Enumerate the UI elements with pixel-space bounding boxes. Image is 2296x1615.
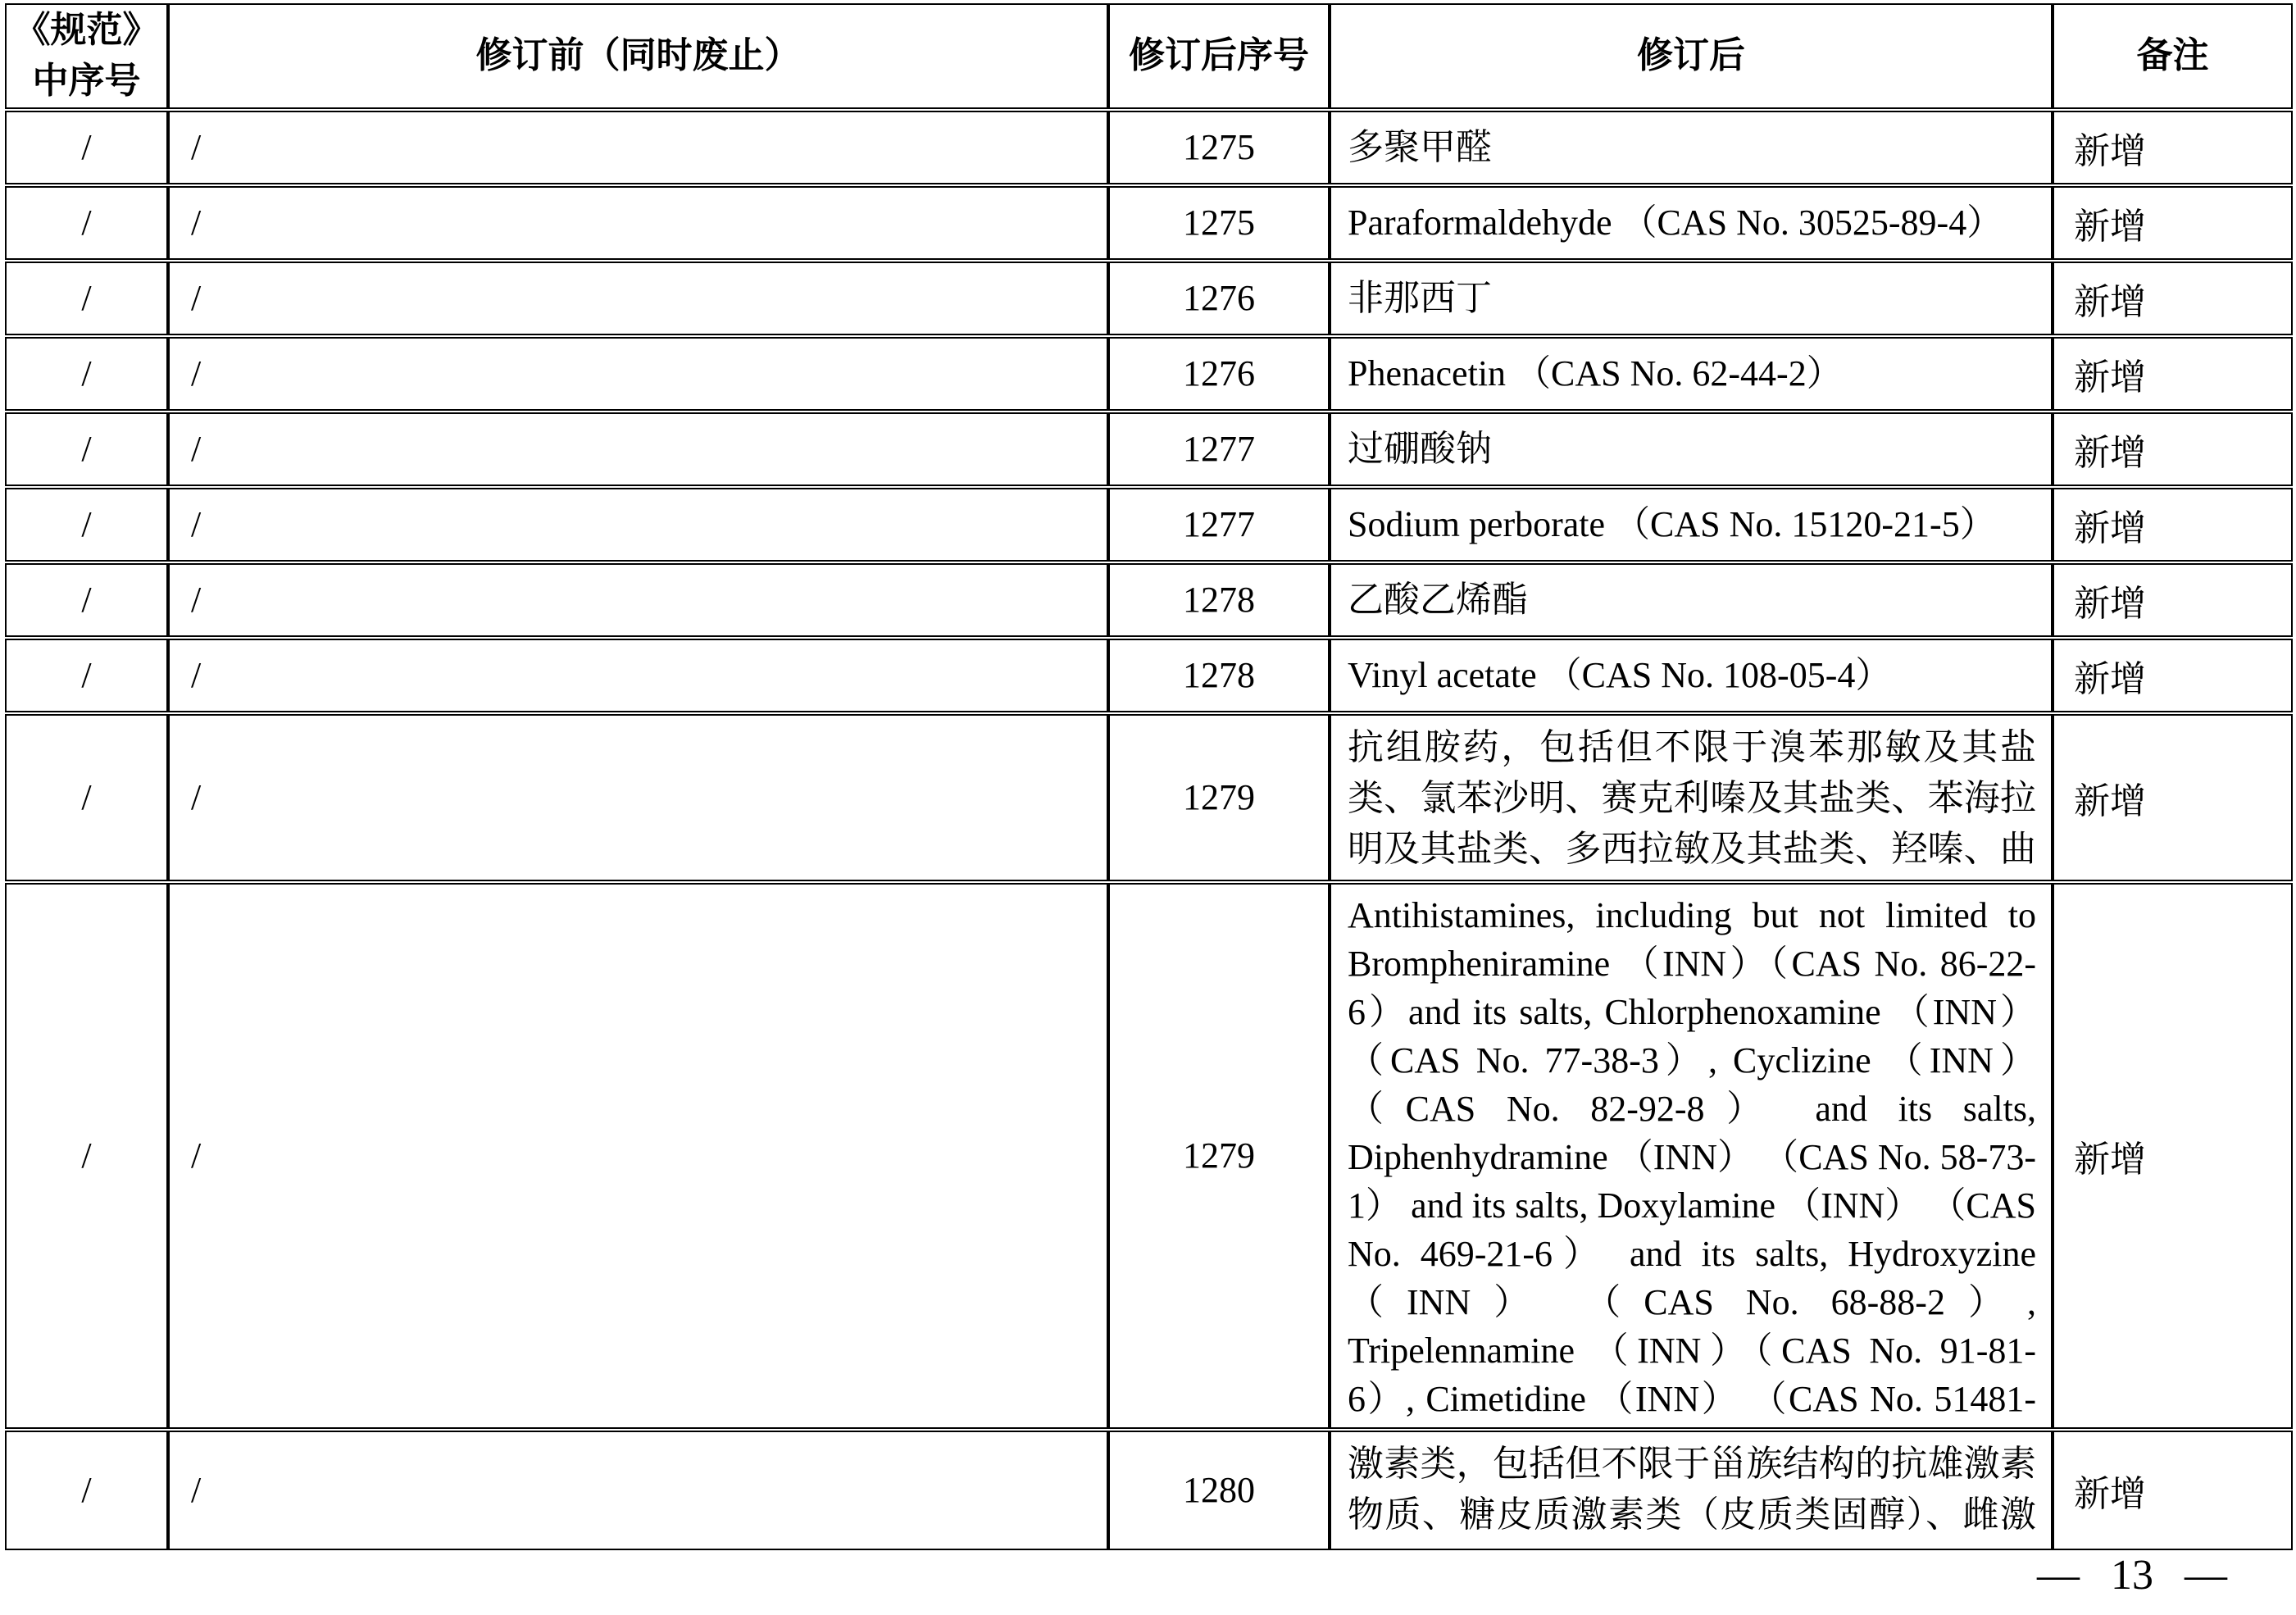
cell-after-revision: 乙酸乙烯酯 <box>1330 563 2053 637</box>
cell-before-serial: / <box>5 488 168 562</box>
table-row: / / 1275 Paraformaldehyde （CAS No. 30525… <box>5 186 2293 260</box>
after-revision-text: Phenacetin （CAS No. 62-44-2） <box>1348 348 2036 399</box>
page-number: —13— <box>2037 1551 2227 1599</box>
after-revision-text: 激素类，包括但不限于甾族结构的抗雄激素物质、糖皮质激素类（皮质类固醇）、雌激素类… <box>1348 1439 2036 1542</box>
cell-before-serial: / <box>5 883 168 1429</box>
cell-before-revision: / <box>168 186 1108 260</box>
cell-after-serial: 1277 <box>1108 412 1330 486</box>
cell-after-revision: Phenacetin （CAS No. 62-44-2） <box>1330 337 2053 411</box>
cell-after-serial: 1276 <box>1108 262 1330 335</box>
col-header-after-revision: 修订后 <box>1330 3 2053 109</box>
cell-before-revision: / <box>168 111 1108 184</box>
cell-remark: 新增 <box>2053 883 2293 1429</box>
cell-remark: 新增 <box>2053 186 2293 260</box>
cell-before-serial: / <box>5 412 168 486</box>
col-header-before-revision: 修订前（同时废止） <box>168 3 1108 109</box>
cell-after-revision: 多聚甲醛 <box>1330 111 2053 184</box>
cell-before-serial: / <box>5 111 168 184</box>
cell-before-serial: / <box>5 714 168 881</box>
cell-after-revision: Paraformaldehyde （CAS No. 30525-89-4） <box>1330 186 2053 260</box>
cell-before-serial: / <box>5 639 168 712</box>
cell-after-serial: 1278 <box>1108 563 1330 637</box>
after-revision-text: Paraformaldehyde （CAS No. 30525-89-4） <box>1348 198 2036 248</box>
col-header-remark: 备注 <box>2053 3 2293 109</box>
page-number-value: 13 <box>2111 1552 2153 1599</box>
cell-before-revision: / <box>168 563 1108 637</box>
after-revision-text: Sodium perborate （CAS No. 15120-21-5） <box>1348 499 2036 550</box>
cell-remark: 新增 <box>2053 639 2293 712</box>
cell-after-revision: 激素类，包括但不限于甾族结构的抗雄激素物质、糖皮质激素类（皮质类固醇）、雌激素类… <box>1330 1431 2053 1550</box>
table-row: / / 1278 乙酸乙烯酯 新增 <box>5 563 2293 637</box>
cell-after-serial: 1279 <box>1108 714 1330 881</box>
table-row: / / 1279 抗组胺药，包括但不限于溴苯那敏及其盐类、氯苯沙明、赛克利嗪及其… <box>5 714 2293 881</box>
table-header: 《规范》 中序号 修订前（同时废止） 修订后序号 修订后 备注 <box>5 3 2293 109</box>
col-header-after-serial: 修订后序号 <box>1108 3 1330 109</box>
cell-before-revision: / <box>168 714 1108 881</box>
cell-after-revision: 过硼酸钠 <box>1330 412 2053 486</box>
after-revision-text: 抗组胺药，包括但不限于溴苯那敏及其盐类、氯苯沙明、赛克利嗪及其盐类、苯海拉明及其… <box>1348 722 2036 873</box>
col-header-spec-serial: 《规范》 中序号 <box>5 3 168 109</box>
after-revision-text: Vinyl acetate （CAS No. 108-05-4） <box>1348 650 2036 701</box>
cell-before-serial: / <box>5 1431 168 1550</box>
cell-remark: 新增 <box>2053 563 2293 637</box>
cell-before-revision: / <box>168 1431 1108 1550</box>
after-revision-text: 过硼酸钠 <box>1348 424 2036 475</box>
table-row: / / 1276 Phenacetin （CAS No. 62-44-2） 新增 <box>5 337 2293 411</box>
cell-after-serial: 1280 <box>1108 1431 1330 1550</box>
cell-after-serial: 1277 <box>1108 488 1330 562</box>
cell-before-revision: / <box>168 412 1108 486</box>
cell-remark: 新增 <box>2053 488 2293 562</box>
cell-before-serial: / <box>5 186 168 260</box>
table-body: / / 1275 多聚甲醛 新增 / / 1275 Paraformaldehy… <box>5 111 2293 1550</box>
cell-before-revision: / <box>168 262 1108 335</box>
cell-after-serial: 1275 <box>1108 111 1330 184</box>
cell-remark: 新增 <box>2053 337 2293 411</box>
table-row: / / 1277 过硼酸钠 新增 <box>5 412 2293 486</box>
after-revision-text: 非那西丁 <box>1348 273 2036 324</box>
table-row: / / 1275 多聚甲醛 新增 <box>5 111 2293 184</box>
table-row: / / 1279 Antihistamines, including but n… <box>5 883 2293 1429</box>
cell-before-serial: / <box>5 563 168 637</box>
header-row: 《规范》 中序号 修订前（同时废止） 修订后序号 修订后 备注 <box>5 3 2293 109</box>
cell-after-revision: 非那西丁 <box>1330 262 2053 335</box>
cell-before-revision: / <box>168 639 1108 712</box>
cell-after-revision: Vinyl acetate （CAS No. 108-05-4） <box>1330 639 2053 712</box>
cell-after-revision: 抗组胺药，包括但不限于溴苯那敏及其盐类、氯苯沙明、赛克利嗪及其盐类、苯海拉明及其… <box>1330 714 2053 881</box>
table-row: / / 1280 激素类，包括但不限于甾族结构的抗雄激素物质、糖皮质激素类（皮质… <box>5 1431 2293 1550</box>
cell-remark: 新增 <box>2053 412 2293 486</box>
cell-before-revision: / <box>168 337 1108 411</box>
cell-before-revision: / <box>168 488 1108 562</box>
cell-after-serial: 1276 <box>1108 337 1330 411</box>
cell-after-revision: Antihistamines, including but not limite… <box>1330 883 2053 1429</box>
page-number-right-dash: — <box>2185 1552 2227 1599</box>
cell-after-serial: 1278 <box>1108 639 1330 712</box>
cell-after-revision: Sodium perborate （CAS No. 15120-21-5） <box>1330 488 2053 562</box>
after-revision-text: Antihistamines, including but not limite… <box>1348 891 2036 1421</box>
cell-before-serial: / <box>5 262 168 335</box>
after-revision-text: 乙酸乙烯酯 <box>1348 575 2036 626</box>
cell-before-serial: / <box>5 337 168 411</box>
cell-remark: 新增 <box>2053 262 2293 335</box>
table-row: / / 1277 Sodium perborate （CAS No. 15120… <box>5 488 2293 562</box>
after-revision-text: 多聚甲醛 <box>1348 122 2036 173</box>
page-number-left-dash: — <box>2037 1552 2080 1599</box>
cell-after-serial: 1279 <box>1108 883 1330 1429</box>
cell-before-revision: / <box>168 883 1108 1429</box>
cell-remark: 新增 <box>2053 1431 2293 1550</box>
cell-remark: 新增 <box>2053 111 2293 184</box>
table-row: / / 1276 非那西丁 新增 <box>5 262 2293 335</box>
table-row: / / 1278 Vinyl acetate （CAS No. 108-05-4… <box>5 639 2293 712</box>
revision-table: 《规范》 中序号 修订前（同时废止） 修订后序号 修订后 备注 / / 1275… <box>5 2 2293 1552</box>
cell-remark: 新增 <box>2053 714 2293 881</box>
cell-after-serial: 1275 <box>1108 186 1330 260</box>
